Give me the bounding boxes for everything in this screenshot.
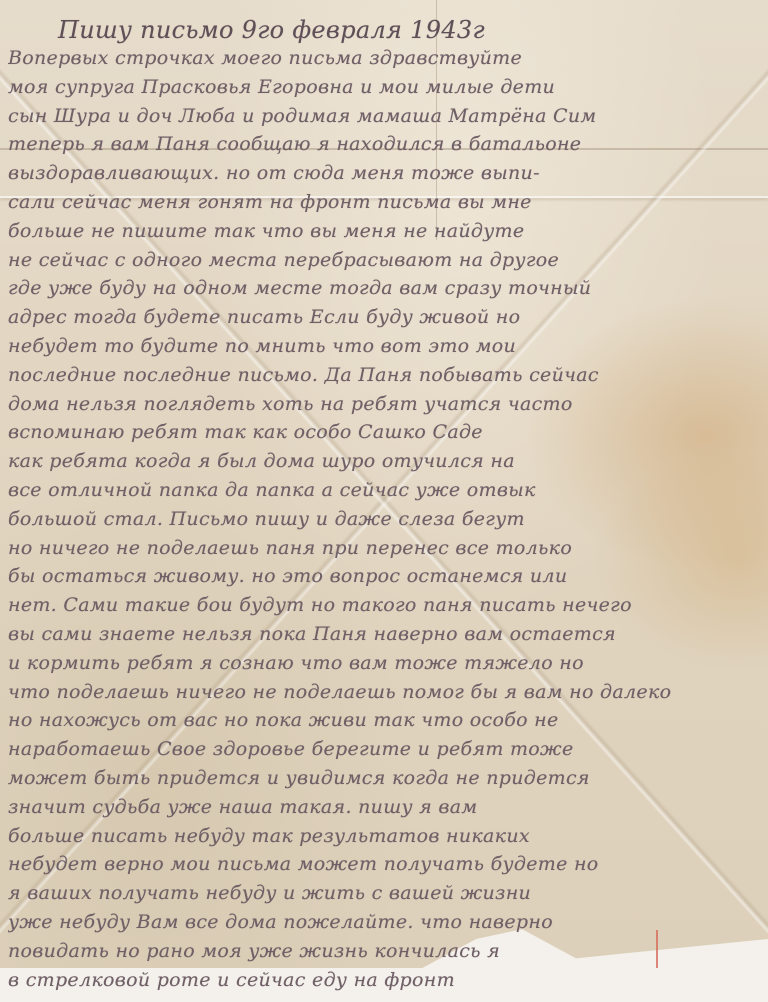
letter-line: что поделаешь ничего не поделаешь помог …: [8, 678, 763, 707]
letter-line: но ничего не поделаешь паня при перенес …: [8, 534, 763, 563]
letter-line: больше не пишите так что вы меня не найд…: [8, 217, 763, 246]
letter-line: и кормить ребят я сознаю что вам тоже тя…: [8, 649, 763, 678]
letter-line: большой стал. Письмо пишу и даже слеза б…: [8, 505, 763, 534]
letter-line: как ребята когда я был дома шуро отучилс…: [8, 447, 763, 476]
letter-line: но нахожусь от вас но пока живи так что …: [8, 706, 763, 735]
letter-line: небудет то будите по мнить что вот это м…: [8, 332, 763, 361]
letter-line: небудет верно мои письма может получать …: [8, 850, 763, 879]
letter-line: наработаешь Свое здоровье берегите и реб…: [8, 735, 763, 764]
letter-line: сали сейчас меня гонят на фронт письма в…: [8, 188, 763, 217]
letter-line: где уже буду на одном месте тогда вам ср…: [8, 274, 763, 303]
letter-line: последние последние письмо. Да Паня побы…: [8, 361, 763, 390]
letter-line: теперь я вам Паня сообщаю я находился в …: [8, 130, 763, 159]
letter-line: не сейчас с одного места перебрасывают н…: [8, 246, 763, 275]
letter-line: моя супруга Прасковья Егоровна и мои мил…: [8, 73, 763, 102]
letter-line: все отличной папка да папка а сейчас уже…: [8, 476, 763, 505]
letter-line: вы сами знаете нельзя пока Паня наверно …: [8, 620, 763, 649]
letter-line: я ваших получать небуду и жить с вашей ж…: [8, 879, 763, 908]
letter-line: сын Шура и доч Люба и родимая мамаша Мат…: [8, 102, 763, 131]
letter-line: вспоминаю ребят так как особо Сашко Саде: [8, 418, 763, 447]
handwritten-letter: Пишу письмо 9го февраля 1943г Вопервых с…: [8, 8, 763, 994]
letter-line: дома нельзя поглядеть хоть на ребят учат…: [8, 390, 763, 419]
letter-line: уже небуду Вам все дома пожелайте. что н…: [8, 908, 763, 937]
letter-line: больше писать небуду так результатов ник…: [8, 822, 763, 851]
letter-line: Вопервых строчках моего письма здравству…: [8, 44, 763, 73]
letter-line: бы остаться живому. но это вопрос остане…: [8, 562, 763, 591]
letter-line: в стрелковой роте и сейчас еду на фронт: [8, 966, 763, 995]
letter-line: значит судьба уже наша такая. пишу я вам: [8, 793, 763, 822]
letter-line: может быть придется и увидимся когда не …: [8, 764, 763, 793]
letter-line: адрес тогда будете писать Если буду живо…: [8, 303, 763, 332]
letter-line: повидать но рано моя уже жизнь кончилась…: [8, 937, 763, 966]
letter-date-heading: Пишу письмо 9го февраля 1943г: [8, 8, 763, 44]
letter-line: нет. Сами такие бои будут но такого паня…: [8, 591, 763, 620]
letter-line: выздоравливающих. но от сюда меня тоже в…: [8, 159, 763, 188]
